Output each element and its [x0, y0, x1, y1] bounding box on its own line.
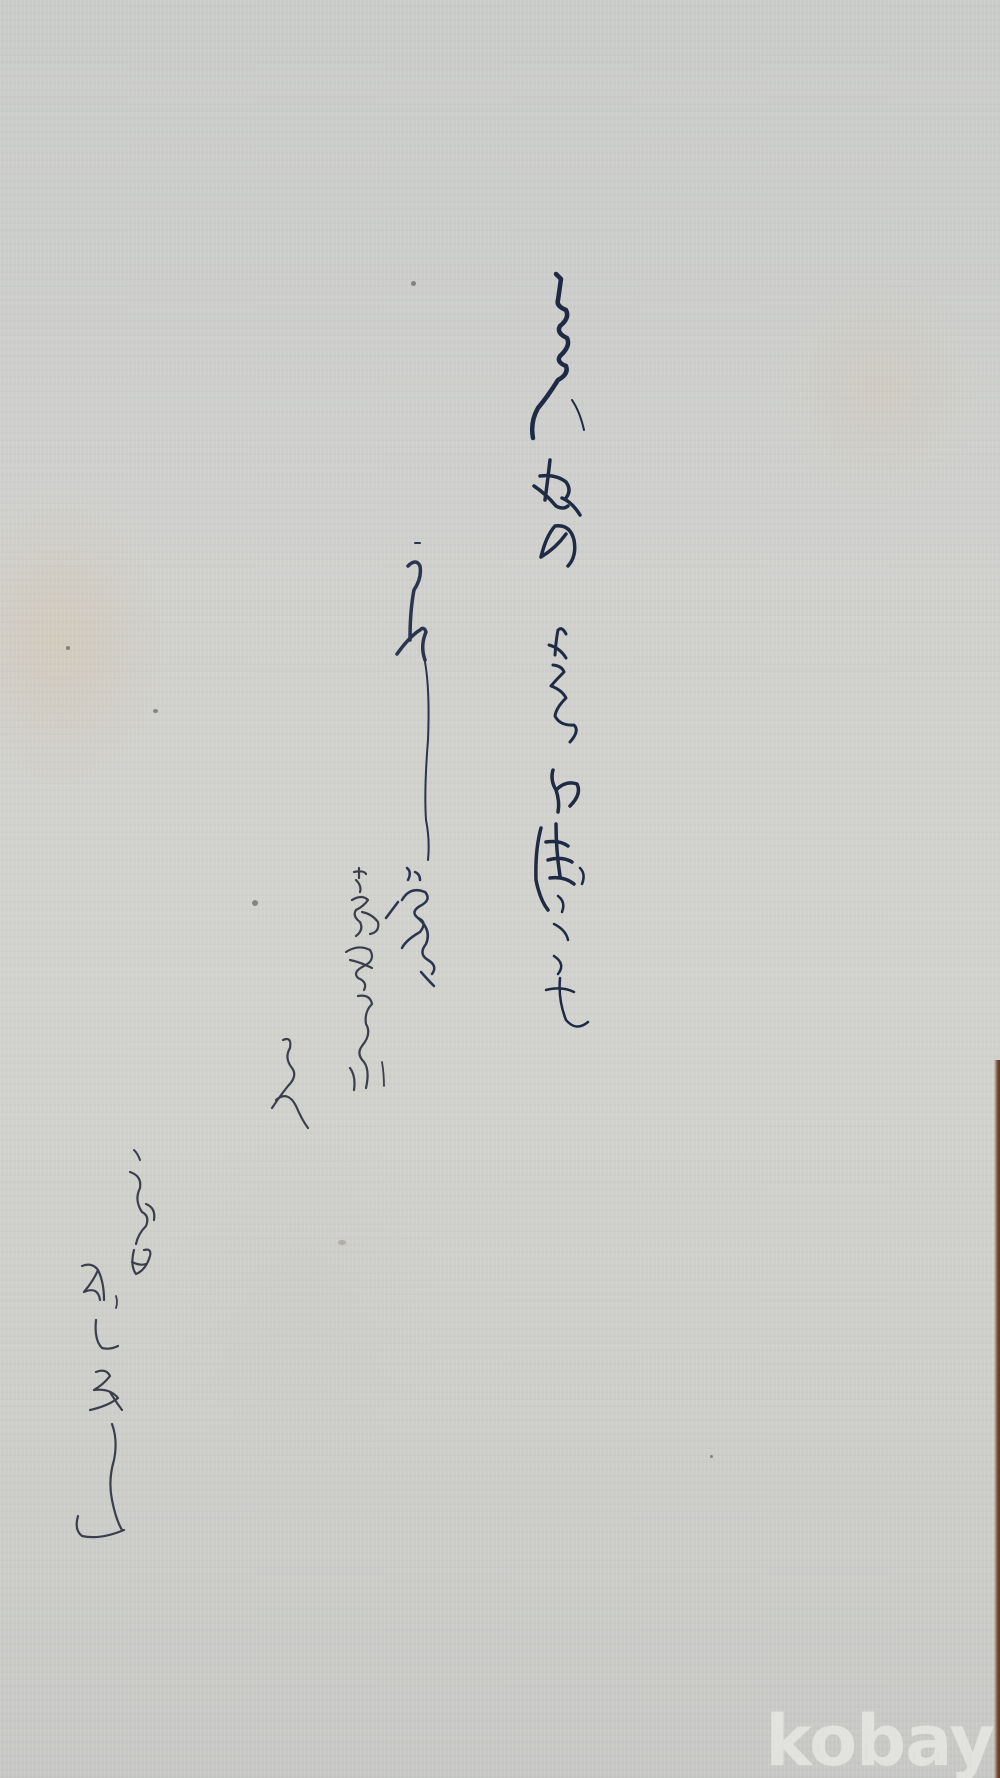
- calligraphy-strokes: [0, 0, 1000, 1778]
- calligraphy-column-3: [272, 868, 384, 1128]
- calligraphy-column-4: [77, 1150, 155, 1537]
- watermark-text: kobay: [765, 1706, 994, 1776]
- calligraphy-column-1: [532, 274, 588, 1027]
- calligraphy-column-2: [386, 543, 434, 986]
